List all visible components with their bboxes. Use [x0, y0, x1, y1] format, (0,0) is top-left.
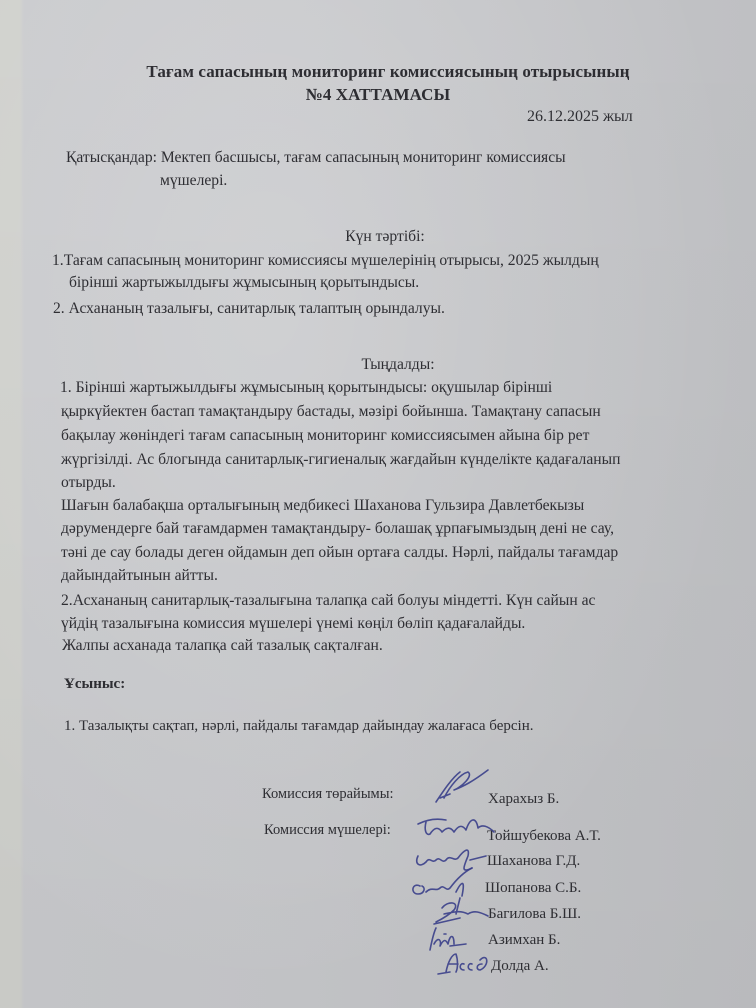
- member-name: Шаханова Г.Д.: [487, 853, 580, 870]
- protocol-number: №4 ХАТТАМАСЫ: [0, 85, 756, 105]
- proposal-item: 1. Тазалықты сақтап, нәрлі, пайдалы таға…: [64, 718, 533, 735]
- heard-line: 1. Бірінші жартыжылдығы жұмысының қорыты…: [60, 379, 552, 397]
- heard-line: бақылау жөніндегі тағам сапасының монито…: [61, 427, 589, 445]
- member-name: Багилова Б.Ш.: [488, 906, 581, 923]
- member-name: Азимхан Б.: [488, 932, 560, 949]
- heard-line: Шағын балабақша орталығының медбикесі Ша…: [61, 497, 584, 515]
- agenda-item: 1.Тағам сапасының мониторинг комиссиясы …: [52, 252, 599, 270]
- heard-line: дәрумендерге бай тағамдармен тамақтандыр…: [61, 520, 614, 538]
- heard-line: 2.Асхананың санитарлық-тазалығына талапқ…: [61, 592, 595, 610]
- participants-line: мүшелері.: [160, 172, 227, 190]
- heard-heading: Тыңдалды:: [0, 356, 756, 374]
- heard-line: қыркүйектен бастап тамақтандыру бастады,…: [61, 403, 601, 421]
- participants-line: Қатысқандар: Мектеп басшысы, тағам сапас…: [66, 149, 566, 167]
- member-name: Долда А.: [491, 958, 549, 975]
- agenda-heading: Күн тәртібі:: [0, 228, 756, 246]
- heard-line: дайындайтынын айтты.: [61, 567, 218, 585]
- document-title: Тағам сапасының мониторинг комиссиясының…: [0, 62, 756, 82]
- member-name: Тойшубекова А.Т.: [487, 828, 601, 845]
- signature-icon: [436, 948, 492, 978]
- signature-icon: [430, 768, 490, 808]
- chair-label: Комиссия төрайымы:: [262, 786, 394, 803]
- agenda-item: 2. Асхананың тазалығы, санитарлық талапт…: [53, 300, 445, 318]
- chair-name: Харахыз Б.: [488, 791, 559, 808]
- heard-line: үйдің тазалығына комиссия мүшелері үнемі…: [61, 615, 525, 633]
- proposal-heading: Ұсыныс:: [64, 676, 125, 693]
- heard-line: тәні де сау болады деген ойдамын деп ойы…: [61, 544, 618, 562]
- document-date: 26.12.2025 жыл: [527, 108, 633, 126]
- agenda-item: бірінші жартыжылдығы жұмысының қорытынды…: [69, 274, 419, 292]
- heard-line: жүргізілді. Ас блогында санитарлық-гигие…: [61, 451, 620, 469]
- heard-line: Жалпы асханада талапқа сай тазалық сақта…: [62, 637, 383, 655]
- signature-icon: [416, 814, 496, 844]
- heard-line: отырды.: [61, 474, 116, 492]
- members-label: Комиссия мүшелері:: [264, 822, 391, 839]
